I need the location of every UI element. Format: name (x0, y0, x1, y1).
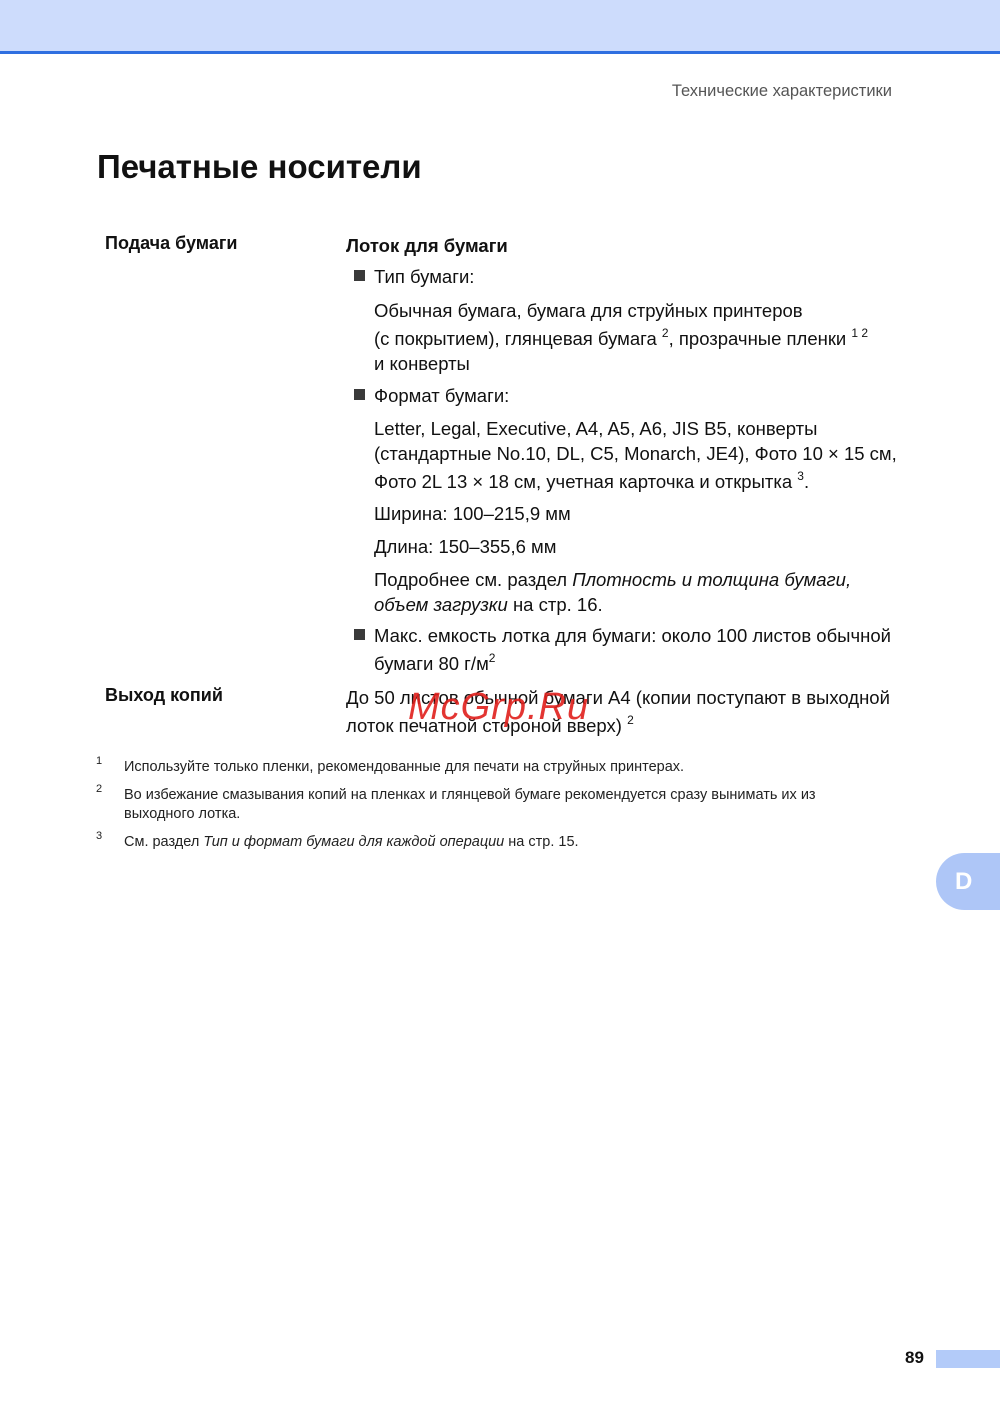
row-label-copy-output: Выход копий (105, 685, 223, 706)
square-bullet-icon (354, 389, 365, 400)
bullet-paper-size: Формат бумаги: (354, 382, 924, 410)
row-label-paper-input: Подача бумаги (105, 233, 237, 254)
page-number: 89 (905, 1348, 924, 1368)
page-title: Печатные носители (97, 148, 422, 186)
footnote-ref[interactable]: 1 2 (851, 326, 868, 340)
paper-length: Длина: 150–355,6 мм (374, 534, 919, 559)
cross-reference-link[interactable]: Плотность и толщина бумаги, (572, 569, 851, 590)
paper-width: Ширина: 100–215,9 мм (374, 501, 919, 526)
footnote-ref[interactable]: 2 (627, 713, 634, 727)
paper-size-description: Letter, Legal, Executive, A4, A5, A6, JI… (374, 416, 919, 494)
superscript: 2 (489, 651, 496, 665)
paper-type-description: Обычная бумага, бумага для струйных прин… (374, 298, 919, 376)
watermark: McGrp.Ru (408, 686, 589, 729)
footnote-ref[interactable]: 3 (797, 469, 804, 483)
square-bullet-icon (354, 629, 365, 640)
cross-reference-link[interactable]: Тип и формат бумаги для каждой операции (203, 834, 504, 850)
see-also-paper-weight: Подробнее см. раздел Плотность и толщина… (374, 567, 919, 617)
bullet-paper-type: Тип бумаги: (354, 263, 924, 291)
square-bullet-icon (354, 270, 365, 281)
footnote-ref[interactable]: 2 (662, 326, 669, 340)
cross-reference-link[interactable]: объем загрузки (374, 594, 508, 615)
running-head: Технические характеристики (672, 82, 892, 101)
bullet-tray-capacity: Макс. емкость лотка для бумаги: около 10… (354, 622, 924, 678)
header-band (0, 0, 1000, 54)
chapter-tab[interactable]: D (936, 853, 1000, 910)
footer-band (936, 1350, 1000, 1368)
section-head-paper-tray: Лоток для бумаги (346, 233, 921, 258)
